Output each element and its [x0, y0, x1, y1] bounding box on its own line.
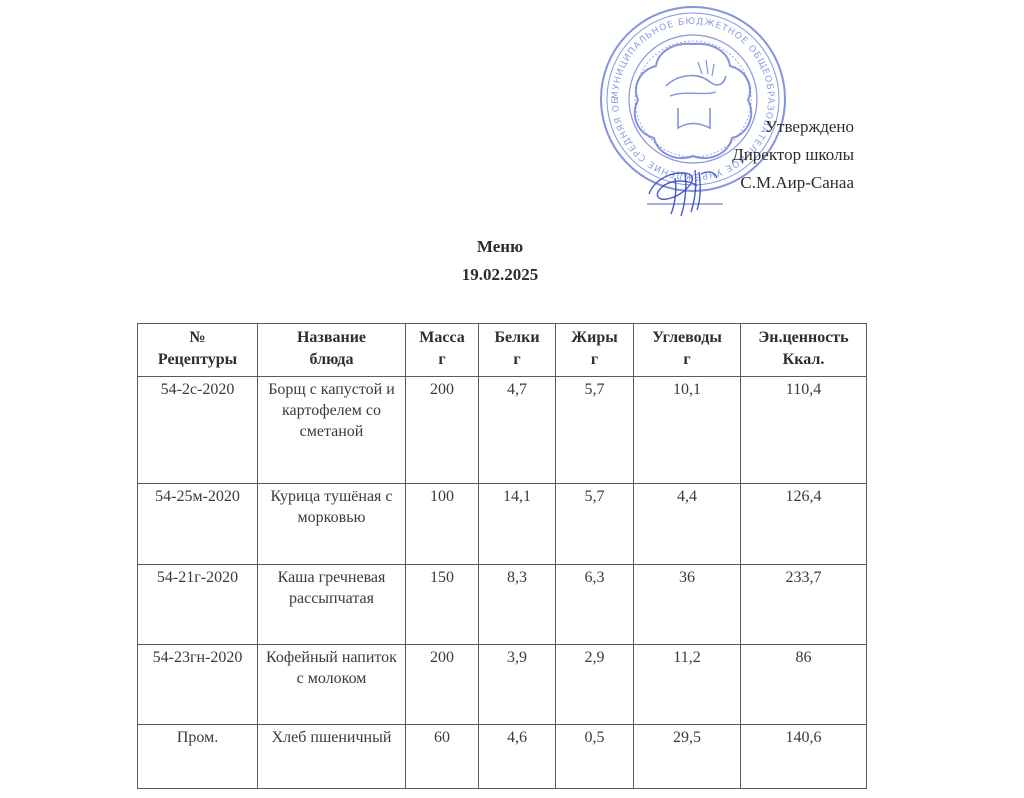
- cell-fat: 5,7: [556, 377, 634, 484]
- header-line: г: [591, 351, 598, 368]
- table-row: 54-23гн-2020 Кофейный напиток с молоком …: [138, 645, 867, 725]
- header-energy: Эн.ценностьКкал.: [741, 324, 867, 377]
- table-row: 54-25м-2020 Курица тушёная с морковью 10…: [138, 484, 867, 565]
- cell-mass: 60: [406, 725, 479, 789]
- menu-table: №Рецептуры Названиеблюда Массаг Белкиг Ж…: [137, 323, 867, 789]
- director-name: С.М.Аир-Санаа: [732, 169, 854, 197]
- cell-dish-name: Каша гречневая рассыпчатая: [258, 565, 406, 645]
- header-line: Масса: [419, 329, 465, 346]
- header-line: г: [513, 351, 520, 368]
- cell-fat: 6,3: [556, 565, 634, 645]
- header-fat: Жирыг: [556, 324, 634, 377]
- header-line: Эн.ценность: [758, 329, 848, 346]
- approval-label: Утверждено: [732, 113, 854, 141]
- table-header-row: №Рецептуры Названиеблюда Массаг Белкиг Ж…: [138, 324, 867, 377]
- header-line: Название: [297, 329, 366, 346]
- cell-recipe: Пром.: [138, 725, 258, 789]
- header-line: Ккал.: [783, 351, 825, 368]
- cell-fat: 2,9: [556, 645, 634, 725]
- header-protein: Белкиг: [479, 324, 556, 377]
- cell-dish-name: Борщ с капустой и картофелем со сметаной: [258, 377, 406, 484]
- header-line: №: [189, 329, 205, 346]
- cell-carbs: 10,1: [634, 377, 741, 484]
- cell-dish-name: Курица тушёная с морковью: [258, 484, 406, 565]
- director-title: Директор школы: [732, 141, 854, 169]
- header-line: г: [438, 351, 445, 368]
- cell-energy: 110,4: [741, 377, 867, 484]
- header-line: блюда: [310, 351, 354, 368]
- cell-dish-name: Хлеб пшеничный: [258, 725, 406, 789]
- header-line: Жиры: [571, 329, 617, 346]
- cell-mass: 100: [406, 484, 479, 565]
- table-row: 54-2с-2020 Борщ с капустой и картофелем …: [138, 377, 867, 484]
- header-line: г: [683, 351, 690, 368]
- cell-protein: 3,9: [479, 645, 556, 725]
- cell-carbs: 36: [634, 565, 741, 645]
- cell-protein: 8,3: [479, 565, 556, 645]
- cell-energy: 140,6: [741, 725, 867, 789]
- header-line: Белки: [494, 329, 539, 346]
- cell-carbs: 4,4: [634, 484, 741, 565]
- approval-block: Утверждено Директор школы С.М.Аир-Санаа: [732, 113, 854, 197]
- table-row: Пром. Хлеб пшеничный 60 4,6 0,5 29,5 140…: [138, 725, 867, 789]
- menu-date: 19.02.2025: [0, 265, 1000, 285]
- cell-energy: 233,7: [741, 565, 867, 645]
- cell-recipe: 54-23гн-2020: [138, 645, 258, 725]
- cell-fat: 5,7: [556, 484, 634, 565]
- header-line: Рецептуры: [158, 351, 237, 368]
- cell-dish-name: Кофейный напиток с молоком: [258, 645, 406, 725]
- header-dish-name: Названиеблюда: [258, 324, 406, 377]
- cell-protein: 14,1: [479, 484, 556, 565]
- table-row: 54-21г-2020 Каша гречневая рассыпчатая 1…: [138, 565, 867, 645]
- cell-carbs: 11,2: [634, 645, 741, 725]
- cell-carbs: 29,5: [634, 725, 741, 789]
- header-recipe-number: №Рецептуры: [138, 324, 258, 377]
- cell-energy: 86: [741, 645, 867, 725]
- header-mass: Массаг: [406, 324, 479, 377]
- cell-mass: 200: [406, 377, 479, 484]
- cell-fat: 0,5: [556, 725, 634, 789]
- cell-energy: 126,4: [741, 484, 867, 565]
- cell-recipe: 54-2с-2020: [138, 377, 258, 484]
- header-carbs: Углеводыг: [634, 324, 741, 377]
- signature-icon: [645, 160, 725, 218]
- cell-protein: 4,7: [479, 377, 556, 484]
- cell-mass: 150: [406, 565, 479, 645]
- page-title: Меню: [0, 237, 1000, 257]
- cell-protein: 4,6: [479, 725, 556, 789]
- header-line: Углеводы: [652, 329, 722, 346]
- cell-mass: 200: [406, 645, 479, 725]
- cell-recipe: 54-21г-2020: [138, 565, 258, 645]
- cell-recipe: 54-25м-2020: [138, 484, 258, 565]
